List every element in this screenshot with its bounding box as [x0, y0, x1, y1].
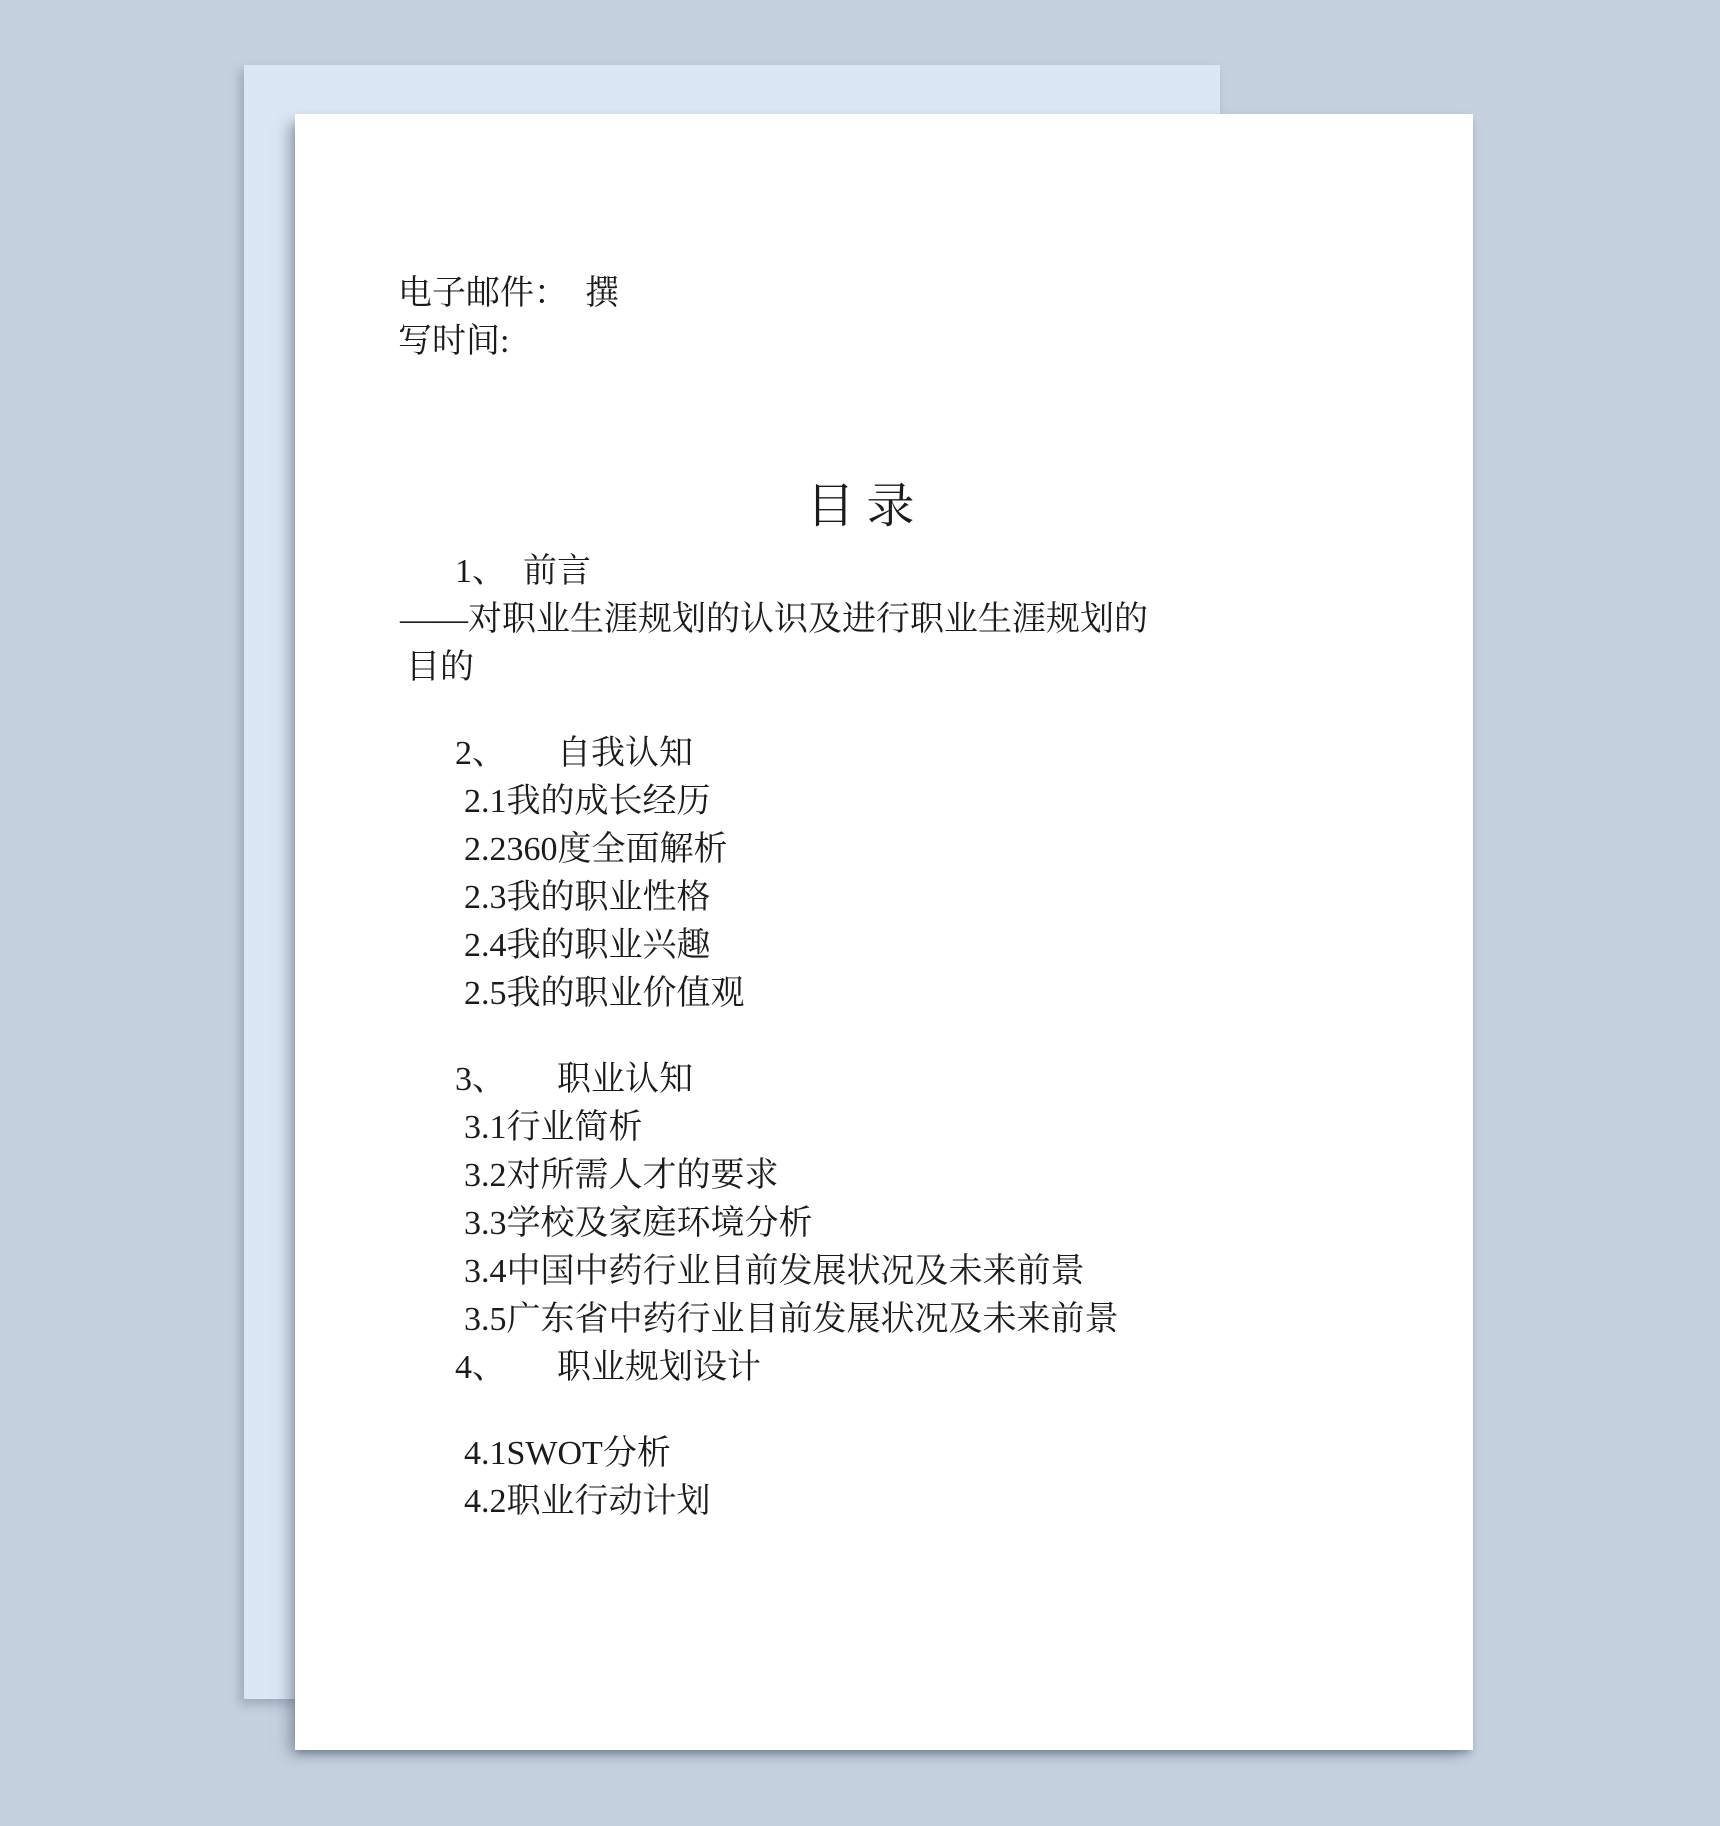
toc-item-3-5: 3.5广东省中药行业目前发展状况及未来前景 — [398, 1296, 1323, 1344]
toc-item-3-2: 3.2对所需人才的要求 — [398, 1152, 1323, 1200]
toc-item-2-4: 2.4我的职业兴趣 — [398, 922, 1323, 970]
toc-item-4-career-plan-design: 4、 职业规划设计 — [398, 1344, 1323, 1392]
toc-item-3-4: 3.4中国中药行业目前发展状况及未来前景 — [398, 1248, 1323, 1296]
page-title: 目 录 — [398, 478, 1323, 536]
toc-spacer — [398, 1392, 1323, 1430]
toc-spacer — [398, 1018, 1323, 1056]
toc-item-preface-subtitle-wrap: 目的 — [398, 644, 1323, 692]
document-page: 电子邮件： 撰 写时间: 目 录 1、 前言 ——对职业生涯规划的认识及进行职业… — [295, 114, 1473, 1750]
document-content: 电子邮件： 撰 写时间: 目 录 1、 前言 ——对职业生涯规划的认识及进行职业… — [295, 114, 1473, 1526]
toc-item-2-2: 2.2360度全面解析 — [398, 826, 1323, 874]
toc-item-3-career-awareness: 3、 职业认知 — [398, 1056, 1323, 1104]
toc-item-preface-subtitle: ——对职业生涯规划的认识及进行职业生涯规划的 — [398, 596, 1323, 644]
header-date-line: 写时间: — [398, 318, 1323, 366]
toc-spacer — [398, 692, 1323, 730]
toc-item-2-3: 2.3我的职业性格 — [398, 874, 1323, 922]
toc-item-2-5: 2.5我的职业价值观 — [398, 970, 1323, 1018]
toc-item-3-1: 3.1行业简析 — [398, 1104, 1323, 1152]
toc-item-1-preface: 1、 前言 — [398, 548, 1323, 596]
toc-item-2-self-awareness: 2、 自我认知 — [398, 730, 1323, 778]
toc-item-3-3: 3.3学校及家庭环境分析 — [398, 1200, 1323, 1248]
header-email-line: 电子邮件： 撰 — [398, 270, 1323, 318]
toc-item-2-1: 2.1我的成长经历 — [398, 778, 1323, 826]
toc-item-4-1: 4.1SWOT分析 — [398, 1430, 1323, 1478]
page-background: 电子邮件： 撰 写时间: 目 录 1、 前言 ——对职业生涯规划的认识及进行职业… — [0, 0, 1720, 1826]
toc-item-4-2: 4.2职业行动计划 — [398, 1478, 1323, 1526]
